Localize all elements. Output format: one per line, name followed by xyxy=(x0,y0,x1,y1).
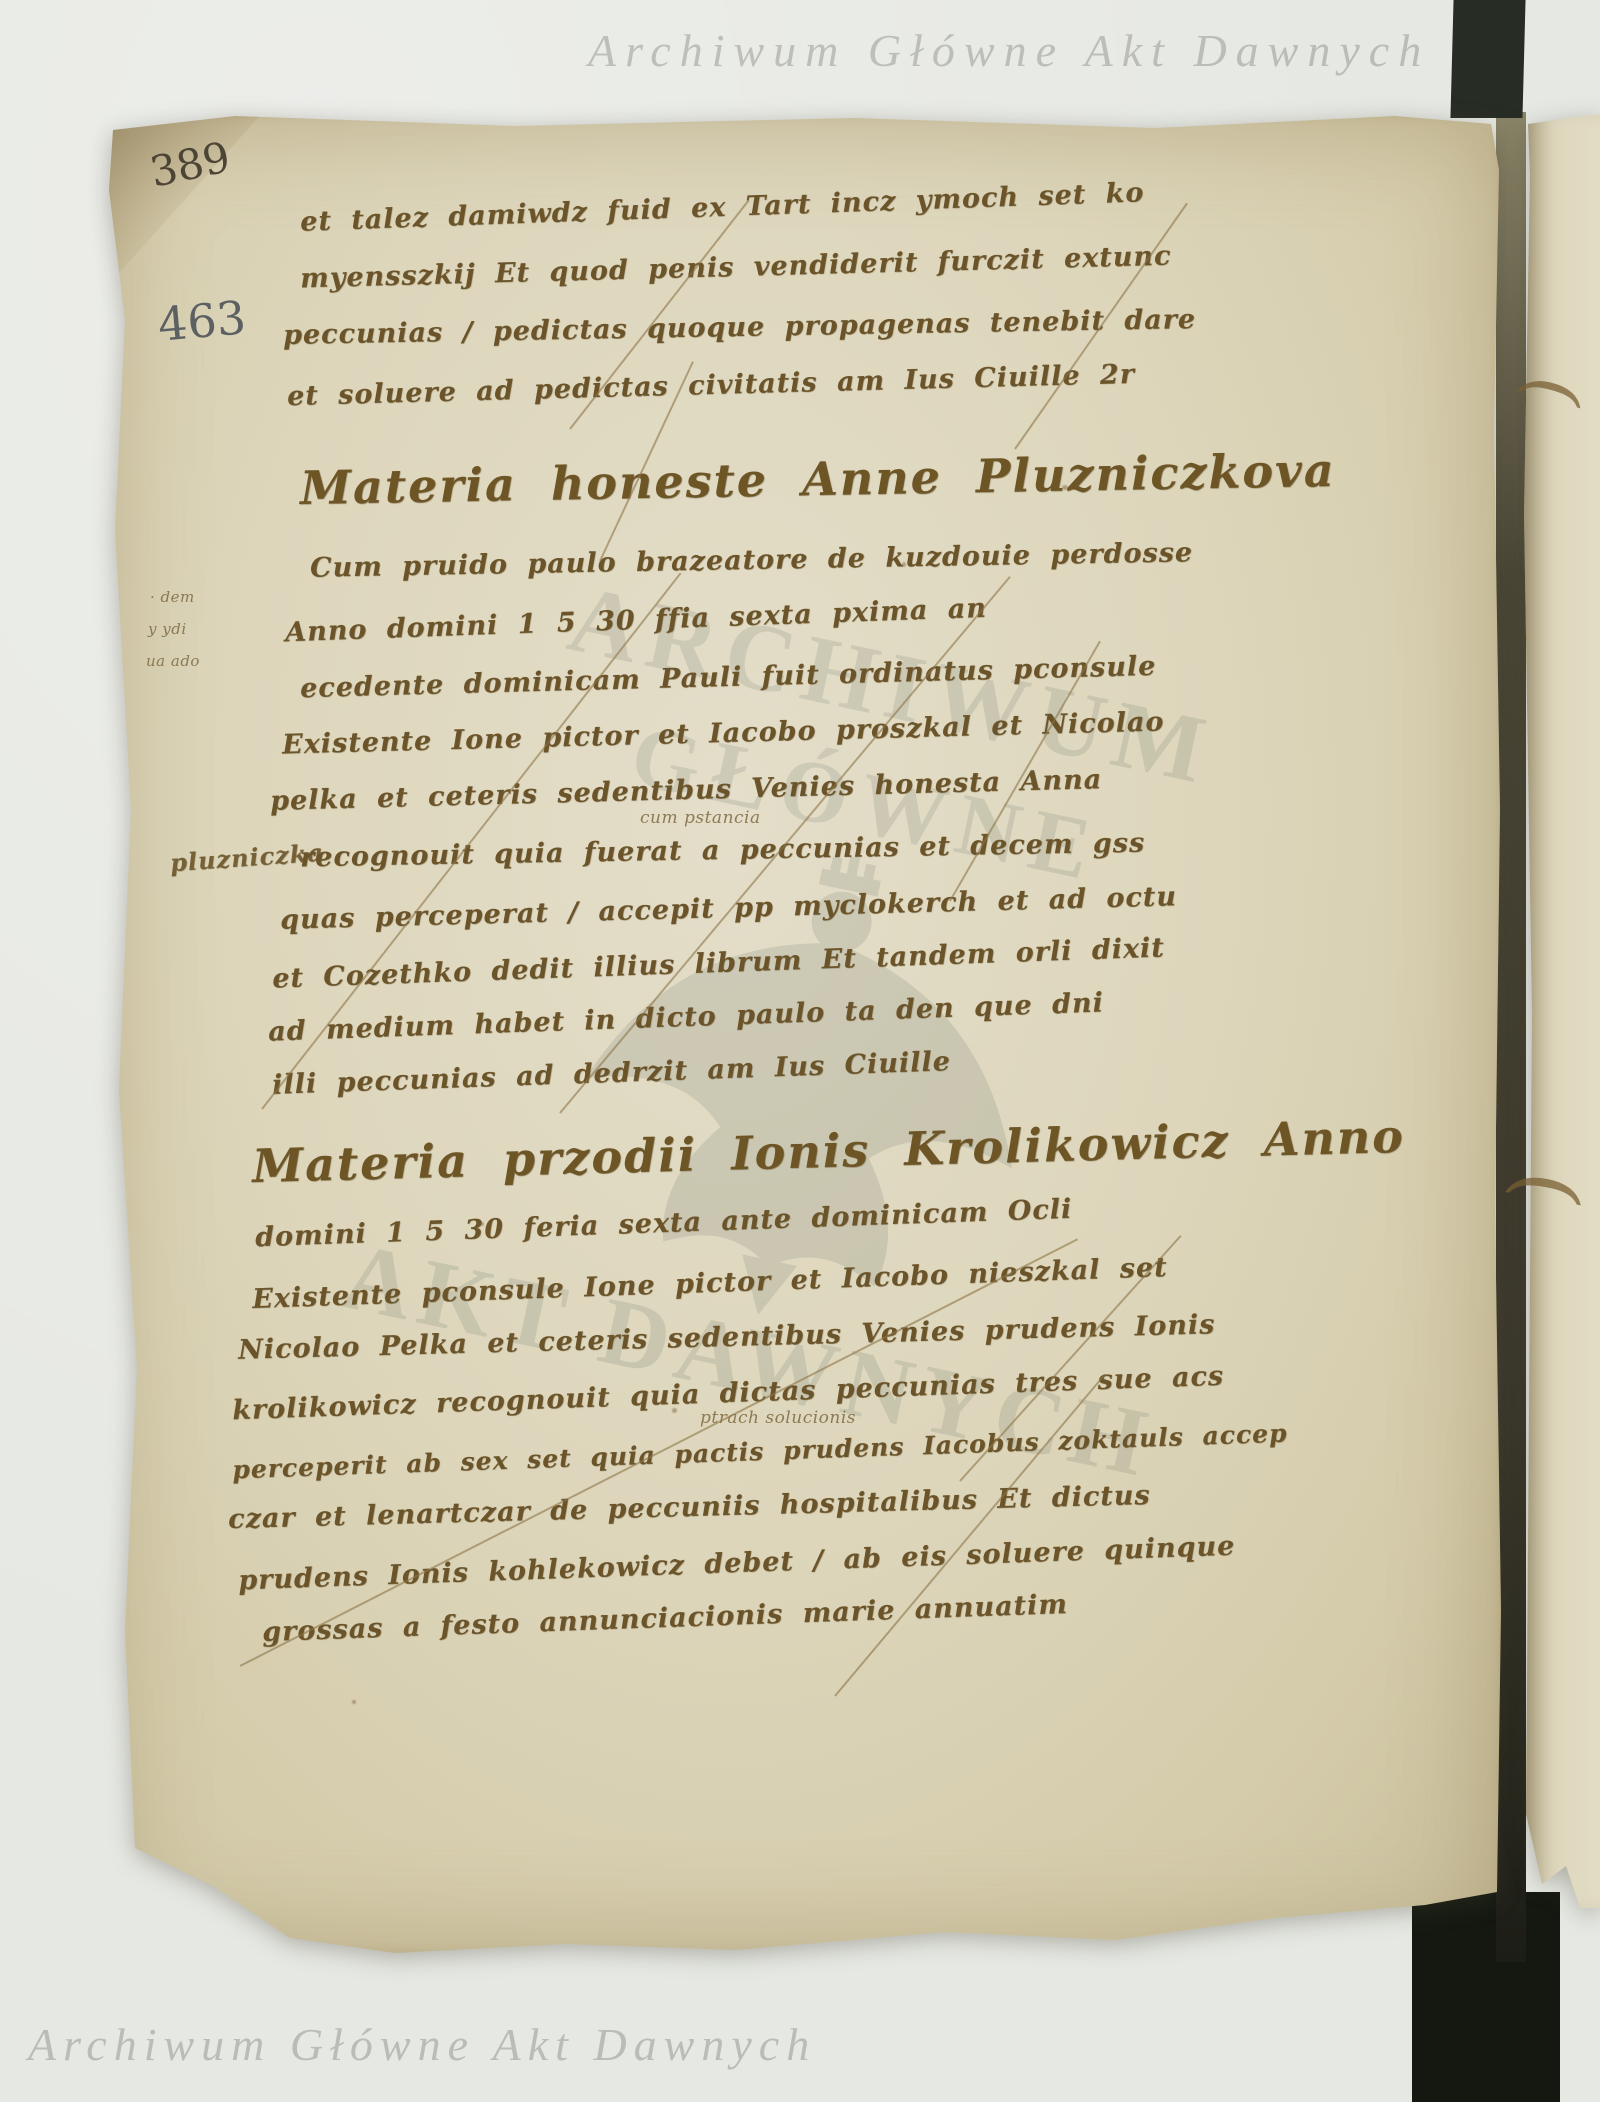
manuscript-page xyxy=(95,110,1505,1958)
manuscript-paper xyxy=(95,110,1505,1958)
archive-watermark-top: Archiwum Główne Akt Dawnych xyxy=(588,24,1430,77)
adjacent-page-paper xyxy=(1522,114,1600,1908)
binding-strap xyxy=(1450,0,1525,118)
archive-watermark-bottom: Archiwum Główne Akt Dawnych xyxy=(28,2018,816,2071)
adjacent-page xyxy=(1522,114,1600,1908)
torn-corner xyxy=(95,110,265,300)
scanned-manuscript-page: ARCHIWUM GŁÓWNE AKT DAWNYCH 389 463 et t… xyxy=(0,0,1600,2102)
